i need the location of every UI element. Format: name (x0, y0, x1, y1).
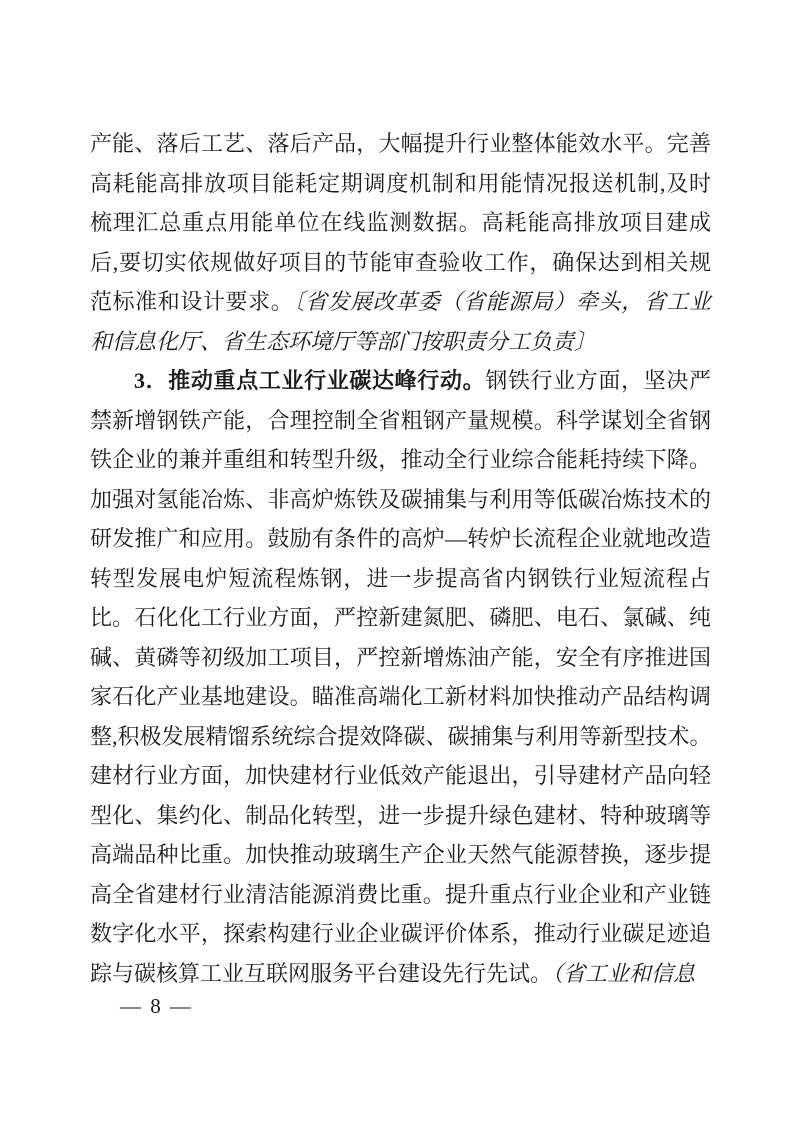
text-run-body: 范标准和设计要求。 (90, 289, 293, 314)
text-run-body: 高端品种比重。加快推动玻璃生产企业天然气能源替换，逐步提 (90, 842, 711, 867)
document-page: 产能、落后工艺、落后产品，大幅提升行业整体能效水平。完善高耗能高排放项目能耗定期… (0, 0, 794, 1123)
text-line: 整,积极发展精馏系统综合提效降碳、碳捕集与利用等新型技术。 (90, 717, 711, 757)
text-run-body: 研发推广和应用。鼓励有条件的高炉—转炉长流程企业就地改造 (90, 526, 711, 551)
text-line: 比。石化化工行业方面，严控新建氮肥、磷肥、电石、氯碱、纯 (90, 598, 711, 638)
text-line: 家石化产业基地建设。瞄准高端化工新材料加快推动产品结构调 (90, 677, 711, 717)
text-run-body: 高耗能高排放项目能耗定期调度机制和用能情况报送机制,及时 (90, 171, 711, 196)
text-line: 高全省建材行业清洁能源消费比重。提升重点行业企业和产业链 (90, 875, 711, 915)
text-run-body: 钢铁行业方面，坚决严 (485, 368, 711, 393)
text-line: 转型发展电炉短流程炼钢，进一步提高省内钢铁行业短流程占 (90, 559, 711, 599)
text-line: 和信息化厅、省生态环境厅等部门按职责分工负责〕 (90, 322, 711, 362)
text-run-body: 禁新增钢铁产能，合理控制全省粗钢产量规模。科学谋划全省钢 (90, 408, 711, 433)
text-line: 型化、集约化、制品化转型，进一步提升绿色建材、特种玻璃等 (90, 796, 711, 836)
text-run-body: 加强对氢能冶炼、非高炉炼铁及碳捕集与利用等低碳冶炼技术的 (90, 487, 711, 512)
text-line: 数字化水平，探索构建行业企业碳评价体系，推动行业碳足迹追 (90, 914, 711, 954)
text-run-body: 高全省建材行业清洁能源消费比重。提升重点行业企业和产业链 (90, 882, 711, 907)
text-run-body: 整,积极发展精馏系统综合提效降碳、碳捕集与利用等新型技术。 (90, 724, 712, 749)
text-run-kai: 和信息化厅、省生态环境厅等部门按职责分工负责〕 (90, 329, 596, 354)
text-run-body: 型化、集约化、制品化转型，进一步提升绿色建材、特种玻璃等 (90, 803, 711, 828)
text-line: 产能、落后工艺、落后产品，大幅提升行业整体能效水平。完善 (90, 124, 711, 164)
text-run-body: 产能、落后工艺、落后产品，大幅提升行业整体能效水平。完善 (90, 131, 711, 156)
text-line: 加强对氢能冶炼、非高炉炼铁及碳捕集与利用等低碳冶炼技术的 (90, 480, 711, 520)
text-line: 梳理汇总重点用能单位在线监测数据。高耗能高排放项目建成 (90, 203, 711, 243)
text-run-kai: 〔省发展改革委（省能源局）牵头，省工业 (293, 289, 711, 314)
text-run-kai: （省工业和信息 (552, 961, 695, 986)
document-body: 产能、落后工艺、落后产品，大幅提升行业整体能效水平。完善高耗能高排放项目能耗定期… (90, 124, 711, 993)
page-number: — 8 — (120, 993, 193, 1019)
text-line: 3．推动重点工业行业碳达峰行动。钢铁行业方面，坚决严 (90, 361, 711, 401)
text-line: 碱、黄磷等初级加工项目，严控新增炼油产能，安全有序推进国 (90, 638, 711, 678)
text-line: 后,要切实依规做好项目的节能审查验收工作，确保达到相关规 (90, 243, 711, 283)
text-run-body: 数字化水平，探索构建行业企业碳评价体系，推动行业碳足迹追 (90, 921, 711, 946)
text-run-body: 碱、黄磷等初级加工项目，严控新增炼油产能，安全有序推进国 (90, 645, 711, 670)
text-line: 建材行业方面，加快建材行业低效产能退出，引导建材产品向轻 (90, 756, 711, 796)
text-run-body: 铁企业的兼并重组和转型升级，推动全行业综合能耗持续下降。 (90, 447, 711, 472)
text-line: 铁企业的兼并重组和转型升级，推动全行业综合能耗持续下降。 (90, 440, 711, 480)
text-run-body: 梳理汇总重点用能单位在线监测数据。高耗能高排放项目建成 (90, 210, 711, 235)
text-line: 范标准和设计要求。〔省发展改革委（省能源局）牵头，省工业 (90, 282, 711, 322)
text-line: 高端品种比重。加快推动玻璃生产企业天然气能源替换，逐步提 (90, 835, 711, 875)
text-run-body: 建材行业方面，加快建材行业低效产能退出，引导建材产品向轻 (90, 763, 711, 788)
text-line: 高耗能高排放项目能耗定期调度机制和用能情况报送机制,及时 (90, 164, 711, 204)
text-run-bold: 3．推动重点工业行业碳达峰行动。 (134, 368, 485, 393)
text-run-body: 踪与碳核算工业互联网服务平台建设先行先试。 (90, 961, 552, 986)
text-run-body: 比。石化化工行业方面，严控新建氮肥、磷肥、电石、氯碱、纯 (90, 605, 711, 630)
text-run-body: 后,要切实依规做好项目的节能审查验收工作，确保达到相关规 (90, 250, 711, 275)
text-line: 禁新增钢铁产能，合理控制全省粗钢产量规模。科学谋划全省钢 (90, 401, 711, 441)
text-line: 踪与碳核算工业互联网服务平台建设先行先试。（省工业和信息 (90, 954, 711, 994)
text-run-body: 转型发展电炉短流程炼钢，进一步提高省内钢铁行业短流程占 (90, 566, 711, 591)
text-run-body: 家石化产业基地建设。瞄准高端化工新材料加快推动产品结构调 (90, 684, 711, 709)
text-line: 研发推广和应用。鼓励有条件的高炉—转炉长流程企业就地改造 (90, 519, 711, 559)
